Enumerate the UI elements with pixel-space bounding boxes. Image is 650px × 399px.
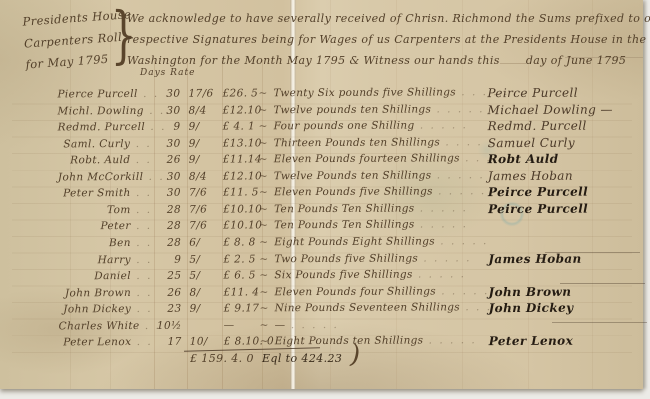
carpenter-name: Peter Smith bbox=[58, 187, 152, 199]
amount-written: Eleven Pounds fourteen Shillings bbox=[274, 152, 490, 165]
days-worked: 30 bbox=[154, 187, 181, 199]
amount-written: Twelve pounds ten Shillings bbox=[273, 103, 489, 116]
pay-rate: 7/6 bbox=[189, 220, 223, 232]
carpenter-name: John Brown bbox=[58, 286, 152, 298]
amount-written: Eight Pounds Eight Shillings bbox=[274, 235, 490, 248]
ink-flourish-line bbox=[545, 252, 640, 253]
amount-written: Ten Pounds Ten Shillings bbox=[274, 219, 490, 232]
pay-rate: 7/6 bbox=[189, 187, 223, 199]
total-dollars-equivalent: Eql to 424.23 bbox=[262, 352, 342, 365]
days-worked: 10½ bbox=[155, 319, 182, 331]
table-row: Peter Lenox 17 10/ £ 8.10. 0 Eight Pound… bbox=[1, 334, 650, 354]
carpenter-name: Redmd. Purcell bbox=[58, 121, 152, 133]
signature: Peter Lenox bbox=[489, 334, 647, 349]
carpenter-name: Pierce Purcell bbox=[57, 88, 151, 100]
signature bbox=[488, 218, 646, 219]
pay-rate: 9/ bbox=[189, 137, 223, 149]
pay-rate: 8/4 bbox=[188, 104, 222, 116]
days-worked: 26 bbox=[154, 154, 181, 166]
signature bbox=[488, 234, 646, 235]
amount-written: Six Pounds five Shillings bbox=[274, 268, 490, 281]
carpenter-name: Tom bbox=[58, 204, 152, 216]
days-worked: 26 bbox=[154, 286, 181, 298]
carpenter-name: Michl. Dowling bbox=[58, 104, 152, 116]
amount-written: Twelve Pounds ten Shillings bbox=[274, 169, 490, 182]
days-worked: 9 bbox=[154, 121, 181, 133]
pay-rate: 8/ bbox=[189, 286, 223, 298]
signature bbox=[489, 317, 647, 318]
ink-flourish-line bbox=[552, 322, 647, 323]
amount-written: Eleven Pounds five Shillings bbox=[274, 185, 490, 198]
amount-written: Thirteen Pounds ten Shillings bbox=[274, 136, 490, 149]
carpenter-name: Harry bbox=[58, 253, 152, 265]
signature: Michael Dowling — bbox=[487, 102, 645, 117]
days-worked: 30 bbox=[153, 104, 180, 116]
signature: Peirce Purcell bbox=[488, 185, 646, 200]
document-scan: Presidents House Carpenters Roll for May… bbox=[0, 0, 650, 399]
days-worked: 28 bbox=[154, 220, 181, 232]
amount-written: Two Pounds five Shillings bbox=[274, 252, 490, 265]
pay-rate: 10/ bbox=[190, 336, 224, 348]
pay-rate: 9/ bbox=[189, 121, 223, 133]
pay-rate: 6/ bbox=[189, 236, 223, 248]
total-pounds: £ 159. 4. 0 bbox=[190, 352, 254, 365]
days-worked: 28 bbox=[154, 204, 181, 216]
carpenter-name: John Dickey bbox=[59, 303, 153, 315]
pay-rate: 9/ bbox=[189, 154, 223, 166]
days-worked: 28 bbox=[154, 237, 181, 249]
days-worked: 17 bbox=[155, 336, 182, 348]
ink-flourish-line bbox=[560, 283, 645, 284]
pay-rate: 9/ bbox=[190, 303, 224, 315]
signature: Peirce Purcell bbox=[487, 85, 645, 100]
signature: John Dickey bbox=[489, 300, 647, 315]
signature: Redmd. Purcell bbox=[488, 118, 646, 133]
amount-written: Eleven Pounds four Shillings bbox=[274, 285, 490, 298]
days-worked: 30 bbox=[154, 171, 181, 183]
amount-written: Nine Pounds Seventeen Shillings bbox=[275, 301, 491, 314]
pay-rate: 7/6 bbox=[189, 203, 223, 215]
carpenter-name: Daniel bbox=[58, 270, 152, 282]
pay-rate: 8/4 bbox=[189, 170, 223, 182]
amount-written: Eight Pounds ten Shillings bbox=[275, 334, 491, 347]
signature: Samuel Curly bbox=[488, 135, 646, 150]
days-worked: 30 bbox=[153, 88, 180, 100]
days-worked: 30 bbox=[154, 137, 181, 149]
signature: Robt Auld bbox=[488, 152, 646, 167]
payroll-rows: Pierce Purcell 30 17/6 £26. 5 Twenty Six… bbox=[0, 0, 650, 399]
carpenter-name: Peter Lenox bbox=[59, 336, 153, 348]
pay-rate: 5/ bbox=[189, 253, 223, 265]
days-worked: 9 bbox=[154, 253, 181, 265]
amount-written: — bbox=[275, 318, 491, 331]
carpenter-name: Ben bbox=[58, 237, 152, 249]
carpenter-name: Peter bbox=[58, 220, 152, 232]
amount-written: Ten Pounds Ten Shillings bbox=[274, 202, 490, 215]
days-worked: 23 bbox=[155, 303, 182, 315]
carpenter-name: John McCorkill bbox=[58, 171, 152, 183]
carpenter-name: Saml. Curly bbox=[58, 138, 152, 150]
carpenter-name: Charles White bbox=[59, 320, 153, 332]
signature: Peirce Purcell bbox=[488, 201, 646, 216]
signature: James Hoban bbox=[488, 251, 646, 266]
days-worked: 25 bbox=[154, 270, 181, 282]
signature: John Brown bbox=[488, 284, 646, 299]
carpenter-name: Robt. Auld bbox=[58, 154, 152, 166]
pay-rate: 17/6 bbox=[188, 88, 222, 100]
pay-rate: 5/ bbox=[189, 270, 223, 282]
amount-written: Four pounds one Shilling bbox=[274, 119, 490, 132]
signature: James Hoban bbox=[488, 168, 646, 183]
amount-written: Twenty Six pounds five Shillings bbox=[273, 86, 489, 99]
totals-row: £ 159. 4. 0 Eql to 424.23 bbox=[0, 352, 650, 368]
signature bbox=[488, 267, 646, 268]
